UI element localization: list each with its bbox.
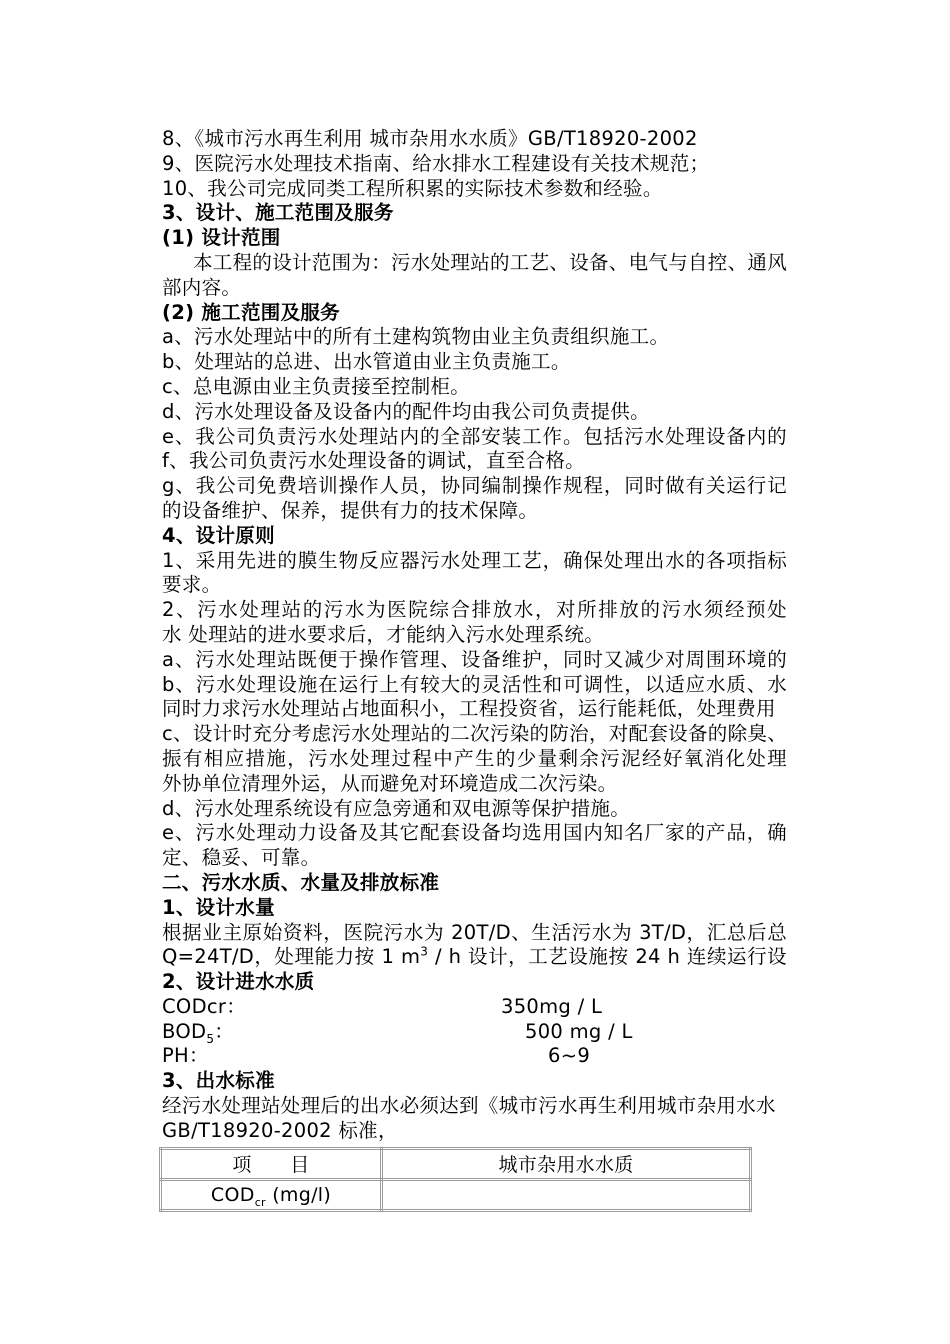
text-segment: d、污水处理系统设有应急旁通和双电源等保护措施。: [162, 797, 630, 820]
text-line: f、我公司负责污水处理设备的调试，直至合格。: [162, 449, 787, 474]
text-segment: 部内容。: [162, 276, 241, 299]
parameter-value: 6~9: [548, 1044, 590, 1069]
text-line: 本工程的设计范围为：污水处理站的工艺、设备、电气与自控、通风等专业的全: [162, 251, 787, 276]
text-segment: 4、设计原则: [162, 524, 275, 547]
parameter-value: 500 mg / L: [525, 1020, 633, 1045]
table-cell-codcr: CODcr (mg/l): [161, 1179, 382, 1210]
text-line: 2、污水处理站的污水为医院综合排放水，对所排放的污水须经预处理，且达到污: [162, 598, 787, 623]
text-line: g、我公司免费培训操作人员，协同编制操作规程，同时做有关运行记录。为今后: [162, 474, 787, 499]
text-line: c、总电源由业主负责接至控制柜。: [162, 375, 787, 400]
text-line: (2) 施工范围及服务: [162, 301, 787, 326]
text-line: CODcr：350mg / L: [162, 995, 787, 1020]
text-segment: GB/T18920-2002 标准，: [162, 1119, 398, 1142]
text-line: 同时力求污水处理站占地面积小，工程投资省，运行能耗低，处理费用少。: [162, 697, 787, 722]
text-segment: 2、设计进水水质: [162, 970, 314, 993]
text-segment: Q=24T/D，处理能力按 1 m: [162, 945, 420, 968]
text-segment: 根据业主原始资料，医院污水为 20T/D、生活污水为 3T/D，汇总后总水量: [162, 921, 787, 946]
text-segment: f、我公司负责污水处理设备的调试，直至合格。: [162, 449, 585, 472]
text-segment: b、污水处理设施在运行上有较大的灵活性和可调性，以适应水质、水量的变化，: [162, 673, 787, 698]
document-content: 8、《城市污水再生利用 城市杂用水水质》GB/T18920-20029、医院污水…: [162, 127, 787, 1212]
text-segment: a、污水处理站中的所有土建构筑物由业主负责组织施工。: [162, 325, 669, 348]
text-line: 振有相应措施，污水处理过程中产生的少量剩余污泥经好氧消化处理后，定期由: [162, 747, 787, 772]
codcr-subscript: cr: [255, 1195, 266, 1208]
text-line: 部内容。: [162, 276, 787, 301]
text-segment: 1、设计水量: [162, 896, 275, 919]
text-line: a、污水处理站既便于操作管理、设备维护，同时又减少对周围环境的影响。: [162, 648, 787, 673]
text-segment: 3、出水标准: [162, 1069, 275, 1092]
text-line: 二、污水水质、水量及排放标准: [162, 871, 787, 896]
codcr-unit: (mg/l): [266, 1184, 331, 1206]
text-line: b、污水处理设施在运行上有较大的灵活性和可调性，以适应水质、水量的变化，: [162, 673, 787, 698]
text-line: e、污水处理动力设备及其它配套设备均选用国内知名厂家的产品，确保运行稳: [162, 821, 787, 846]
text-segment: 3、设计、施工范围及服务: [162, 201, 394, 224]
effluent-standard-table: 项 目 城市杂用水水质 CODcr (mg/l): [159, 1147, 752, 1212]
parameter-label: PH：: [162, 1044, 209, 1067]
text-segment: d、污水处理设备及设备内的配件均由我公司负责提供。: [162, 400, 650, 423]
text-line: d、污水处理设备及设备内的配件均由我公司负责提供。: [162, 400, 787, 425]
text-line: c、设计时充分考虑污水处理站的二次污染的防治，对配套设备的除臭、降噪、减: [162, 722, 787, 747]
text-line: 3、设计、施工范围及服务: [162, 201, 787, 226]
text-line: 外协单位清理外运，从而避免对环境造成二次污染。: [162, 772, 787, 797]
text-segment: 的设备维护、保养，提供有力的技术保障。: [162, 499, 538, 522]
text-line: 4、设计原则: [162, 524, 787, 549]
table-header-row: 项 目 城市杂用水水质: [161, 1148, 751, 1179]
text-segment: 10、我公司完成同类工程所积累的实际技术参数和经验。: [162, 177, 663, 200]
text-line: 10、我公司完成同类工程所积累的实际技术参数和经验。: [162, 177, 787, 202]
text-segment: 8、《城市污水再生利用 城市杂用水水质》GB/T18920-2002: [162, 127, 698, 150]
text-segment: c、总电源由业主负责接至控制柜。: [162, 375, 470, 398]
text-line: 1、设计水量: [162, 896, 787, 921]
text-segment: c、设计时充分考虑污水处理站的二次污染的防治，对配套设备的除臭、降噪、减: [162, 722, 787, 747]
text-segment: 同时力求污水处理站占地面积小，工程投资省，运行能耗低，处理费用少。: [162, 697, 776, 722]
parameter-label: CODcr：: [162, 995, 246, 1018]
text-segment: 外协单位清理外运，从而避免对环境造成二次污染。: [162, 772, 617, 795]
text-segment: g、我公司免费培训操作人员，协同编制操作规程，同时做有关运行记录。为今后: [162, 474, 787, 499]
text-segment: b、处理站的总进、出水管道由业主负责施工。: [162, 350, 571, 373]
table-header-item-label: 项 目: [232, 1154, 309, 1176]
text-line: b、处理站的总进、出水管道由业主负责施工。: [162, 350, 787, 375]
text-segment: 振有相应措施，污水处理过程中产生的少量剩余污泥经好氧消化处理后，定期由: [162, 747, 787, 772]
text-segment: 水 处理站的进水要求后，才能纳入污水处理系统。: [162, 623, 604, 646]
codcr-text: COD: [211, 1184, 255, 1206]
text-line: PH：6~9: [162, 1044, 787, 1069]
text-line: 水 处理站的进水要求后，才能纳入污水处理系统。: [162, 623, 787, 648]
text-segment: (2) 施工范围及服务: [162, 301, 340, 324]
text-segment: (1) 设计范围: [162, 226, 281, 249]
text-line: 经污水处理站处理后的出水必须达到《城市污水再生利用城市杂用水水质》: [162, 1094, 787, 1119]
text-line: GB/T18920-2002 标准，: [162, 1119, 787, 1144]
text-segment: ：: [214, 1020, 234, 1043]
table-row: CODcr (mg/l): [161, 1179, 751, 1210]
text-line: e、我公司负责污水处理站内的全部安装工作。包括污水处理设备内的电器接线。: [162, 425, 787, 450]
table-cell-codcr-value: [382, 1179, 751, 1210]
text-line: 9、医院污水处理技术指南、给水排水工程建设有关技术规范；: [162, 152, 787, 177]
text-segment: 定、稳妥、可靠。: [162, 846, 320, 869]
text-segment: a、污水处理站既便于操作管理、设备维护，同时又减少对周围环境的影响。: [162, 648, 787, 673]
text-line: a、污水处理站中的所有土建构筑物由业主负责组织施工。: [162, 325, 787, 350]
text-line: 2、设计进水水质: [162, 970, 787, 995]
table-header-item: 项 目: [161, 1148, 382, 1179]
text-line: 根据业主原始资料，医院污水为 20T/D、生活污水为 3T/D，汇总后总水量: [162, 921, 787, 946]
text-line: 3、出水标准: [162, 1069, 787, 1094]
text-segment: BOD: [162, 1020, 206, 1043]
text-segment: 本工程的设计范围为：污水处理站的工艺、设备、电气与自控、通风等专业的全: [162, 251, 787, 276]
text-line: 要求。: [162, 573, 787, 598]
parameter-value: 350mg / L: [501, 995, 602, 1020]
text-segment: 二、污水水质、水量及排放标准: [162, 871, 439, 894]
text-line: 8、《城市污水再生利用 城市杂用水水质》GB/T18920-2002: [162, 127, 787, 152]
document-body: 8、《城市污水再生利用 城市杂用水水质》GB/T18920-20029、医院污水…: [162, 127, 787, 1144]
text-line: (1) 设计范围: [162, 226, 787, 251]
table-header-quality: 城市杂用水水质: [382, 1148, 751, 1179]
text-segment: 1、采用先进的膜生物反应器污水处理工艺，确保处理出水的各项指标达到排放: [162, 549, 787, 574]
text-segment: e、我公司负责污水处理站内的全部安装工作。包括污水处理设备内的电器接线。: [162, 425, 787, 450]
text-segment: 经污水处理站处理后的出水必须达到《城市污水再生利用城市杂用水水质》: [162, 1094, 776, 1119]
document-page: 8、《城市污水再生利用 城市杂用水水质》GB/T18920-20029、医院污水…: [0, 0, 950, 1344]
text-line: 定、稳妥、可靠。: [162, 846, 787, 871]
text-line: Q=24T/D，处理能力按 1 m3 / h 设计，工艺设施按 24 h 连续运…: [162, 945, 787, 970]
text-segment: 2、污水处理站的污水为医院综合排放水，对所排放的污水须经预处理，且达到污: [162, 598, 787, 623]
text-segment: 9、医院污水处理技术指南、给水排水工程建设有关技术规范；: [162, 152, 709, 175]
table-header-quality-label: 城市杂用水水质: [498, 1154, 633, 1176]
text-line: 的设备维护、保养，提供有力的技术保障。: [162, 499, 787, 524]
text-segment: e、污水处理动力设备及其它配套设备均选用国内知名厂家的产品，确保运行稳: [162, 821, 787, 846]
text-line: BOD5：500 mg / L: [162, 1020, 787, 1045]
text-line: d、污水处理系统设有应急旁通和双电源等保护措施。: [162, 797, 787, 822]
text-line: 1、采用先进的膜生物反应器污水处理工艺，确保处理出水的各项指标达到排放: [162, 549, 787, 574]
text-segment: 要求。: [162, 573, 221, 596]
